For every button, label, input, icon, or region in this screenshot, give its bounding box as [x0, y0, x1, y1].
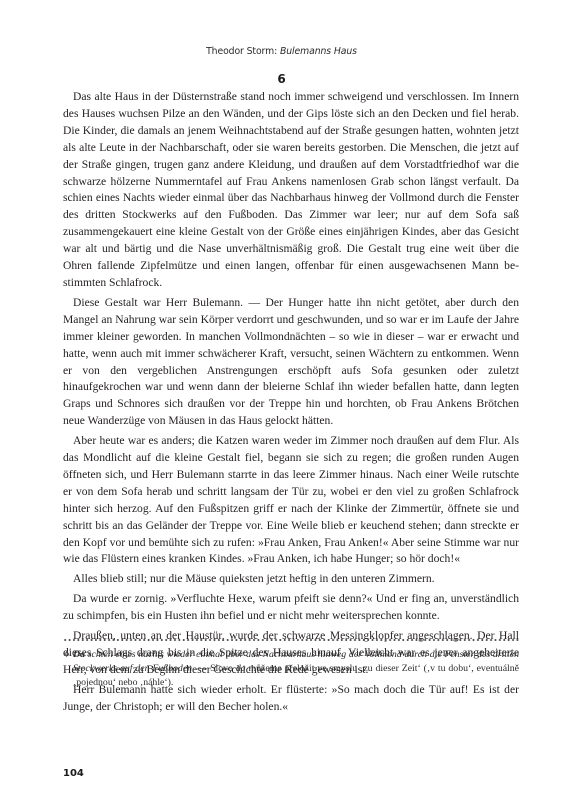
footnote-term: da — [236, 663, 246, 674]
paragraph: Da wurde er zornig. »Verfluchte Hexe, wa… — [63, 591, 519, 625]
chapter-number: 6 — [0, 72, 563, 86]
footnote-marker-icon: ❖ — [63, 648, 70, 662]
page-number: 104 — [63, 768, 84, 779]
footnote-keyword: Da — [73, 649, 85, 660]
running-head: Theodor Storm: Bulemanns Haus — [0, 46, 563, 57]
paragraph: Das alte Haus in der Düsternstraße stand… — [63, 89, 519, 292]
footnote-dash: — Slovo — [195, 663, 236, 674]
body-text: Das alte Haus in der Düsternstraße stand… — [63, 89, 519, 719]
paragraph: Alles blieb still; nur die Mäuse quiekst… — [63, 571, 519, 588]
running-head-title: Bulemanns Haus — [280, 46, 357, 57]
paragraph: Aber heute war es anders; die Katzen war… — [63, 433, 519, 568]
footnote: ❖ Da schien eines nachts wieder einmal ü… — [63, 648, 519, 690]
footnote-divider — [63, 638, 519, 642]
paragraph: Diese Gestalt war Herr Bulemann. — Der H… — [63, 295, 519, 430]
footnote-text: Da schien eines nachts wieder einmal übe… — [63, 648, 519, 690]
running-head-author: Theodor Storm: — [206, 46, 277, 57]
